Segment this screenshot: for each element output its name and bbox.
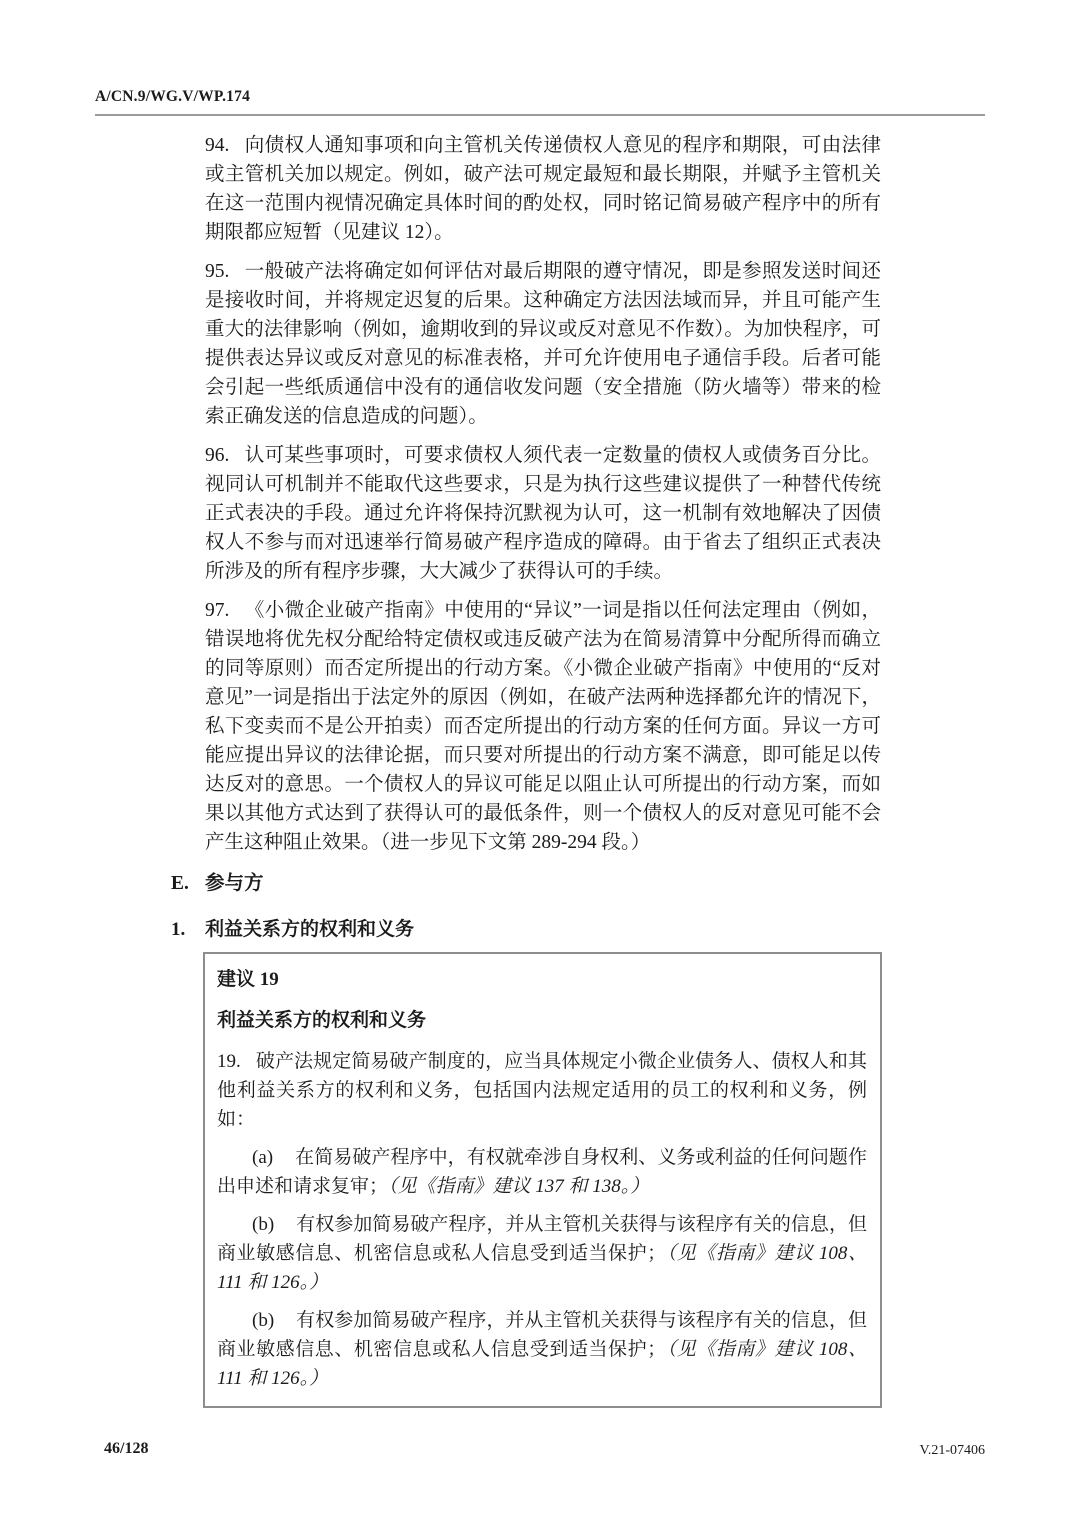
- paragraph-number: 96.: [205, 445, 229, 466]
- recommendation-subtitle: 利益关系方的权利和义务: [217, 1006, 867, 1035]
- item-label: (a): [252, 1147, 273, 1168]
- document-symbol: A/CN.9/WG.V/WP.174: [95, 88, 985, 106]
- header-rule: [95, 114, 985, 116]
- footer-document-id: V.21-07406: [920, 1443, 985, 1459]
- paragraph-text: 向债权人通知事项和向主管机关传递债权人意见的程序和期限，可由法律或主管机关加以规…: [205, 135, 881, 243]
- paragraph-number: 94.: [205, 135, 229, 156]
- page-header: A/CN.9/WG.V/WP.174: [95, 88, 985, 116]
- subsection-title: 利益关系方的权利和义务: [205, 915, 414, 944]
- recommendation-intro: 19.破产法规定简易破产制度的，应当具体规定小微企业债务人、债权人和其他利益关系…: [217, 1047, 867, 1134]
- document-body: 94.向债权人通知事项和向主管机关传递债权人意见的程序和期限，可由法律或主管机关…: [205, 131, 881, 1408]
- subsection-label: 1.: [171, 915, 205, 944]
- paragraph-96: 96.认可某些事项时，可要求债权人须代表一定数量的债权人或债务百分比。视同认可机…: [205, 441, 881, 586]
- item-label: (b): [252, 1214, 274, 1235]
- recommendation-box: 建议 19 利益关系方的权利和义务 19.破产法规定简易破产制度的，应当具体规定…: [203, 952, 882, 1408]
- footer-page-number: 46/128: [104, 1440, 148, 1458]
- section-label: E.: [171, 869, 205, 898]
- section-heading-e: E.参与方: [171, 869, 881, 898]
- recommendation-title: 建议 19: [217, 965, 867, 994]
- subsection-heading-1: 1.利益关系方的权利和义务: [171, 915, 881, 944]
- paragraph-text: 一般破产法将确定如何评估对最后期限的遵守情况，即是参照发送时间还是接收时间，并将…: [205, 261, 881, 427]
- paragraph-number: 97.: [205, 600, 229, 621]
- recommendation-item-b2: (b)有权参加简易破产程序，并从主管机关获得与该程序有关的信息，但商业敏感信息、…: [217, 1306, 867, 1393]
- paragraph-text: 《小微企业破产指南》中使用的“异议”一词是指以任何法定理由（例如，错误地将优先权…: [205, 600, 881, 853]
- paragraph-text: 认可某些事项时，可要求债权人须代表一定数量的债权人或债务百分比。视同认可机制并不…: [205, 445, 881, 582]
- section-title: 参与方: [205, 869, 264, 898]
- item-reference: （见《指南》建议 137 和 138。）: [388, 1176, 649, 1197]
- paragraph-95: 95.一般破产法将确定如何评估对最后期限的遵守情况，即是参照发送时间还是接收时间…: [205, 257, 881, 431]
- paragraph-number: 95.: [205, 261, 229, 282]
- paragraph-97: 97.《小微企业破产指南》中使用的“异议”一词是指以任何法定理由（例如，错误地将…: [205, 596, 881, 857]
- recommendation-item-b1: (b)有权参加简易破产程序，并从主管机关获得与该程序有关的信息，但商业敏感信息、…: [217, 1210, 867, 1297]
- item-label: (b): [252, 1310, 274, 1331]
- recommendation-item-a: (a)在简易破产程序中，有权就牵涉自身权利、义务或利益的任何问题作出申述和请求复…: [217, 1143, 867, 1201]
- paragraph-94: 94.向债权人通知事项和向主管机关传递债权人意见的程序和期限，可由法律或主管机关…: [205, 131, 881, 247]
- paragraph-text: 破产法规定简易破产制度的，应当具体规定小微企业债务人、债权人和其他利益关系方的权…: [217, 1051, 867, 1130]
- paragraph-number: 19.: [217, 1051, 241, 1072]
- document-page: A/CN.9/WG.V/WP.174 94.向债权人通知事项和向主管机关传递债权…: [0, 0, 1080, 1526]
